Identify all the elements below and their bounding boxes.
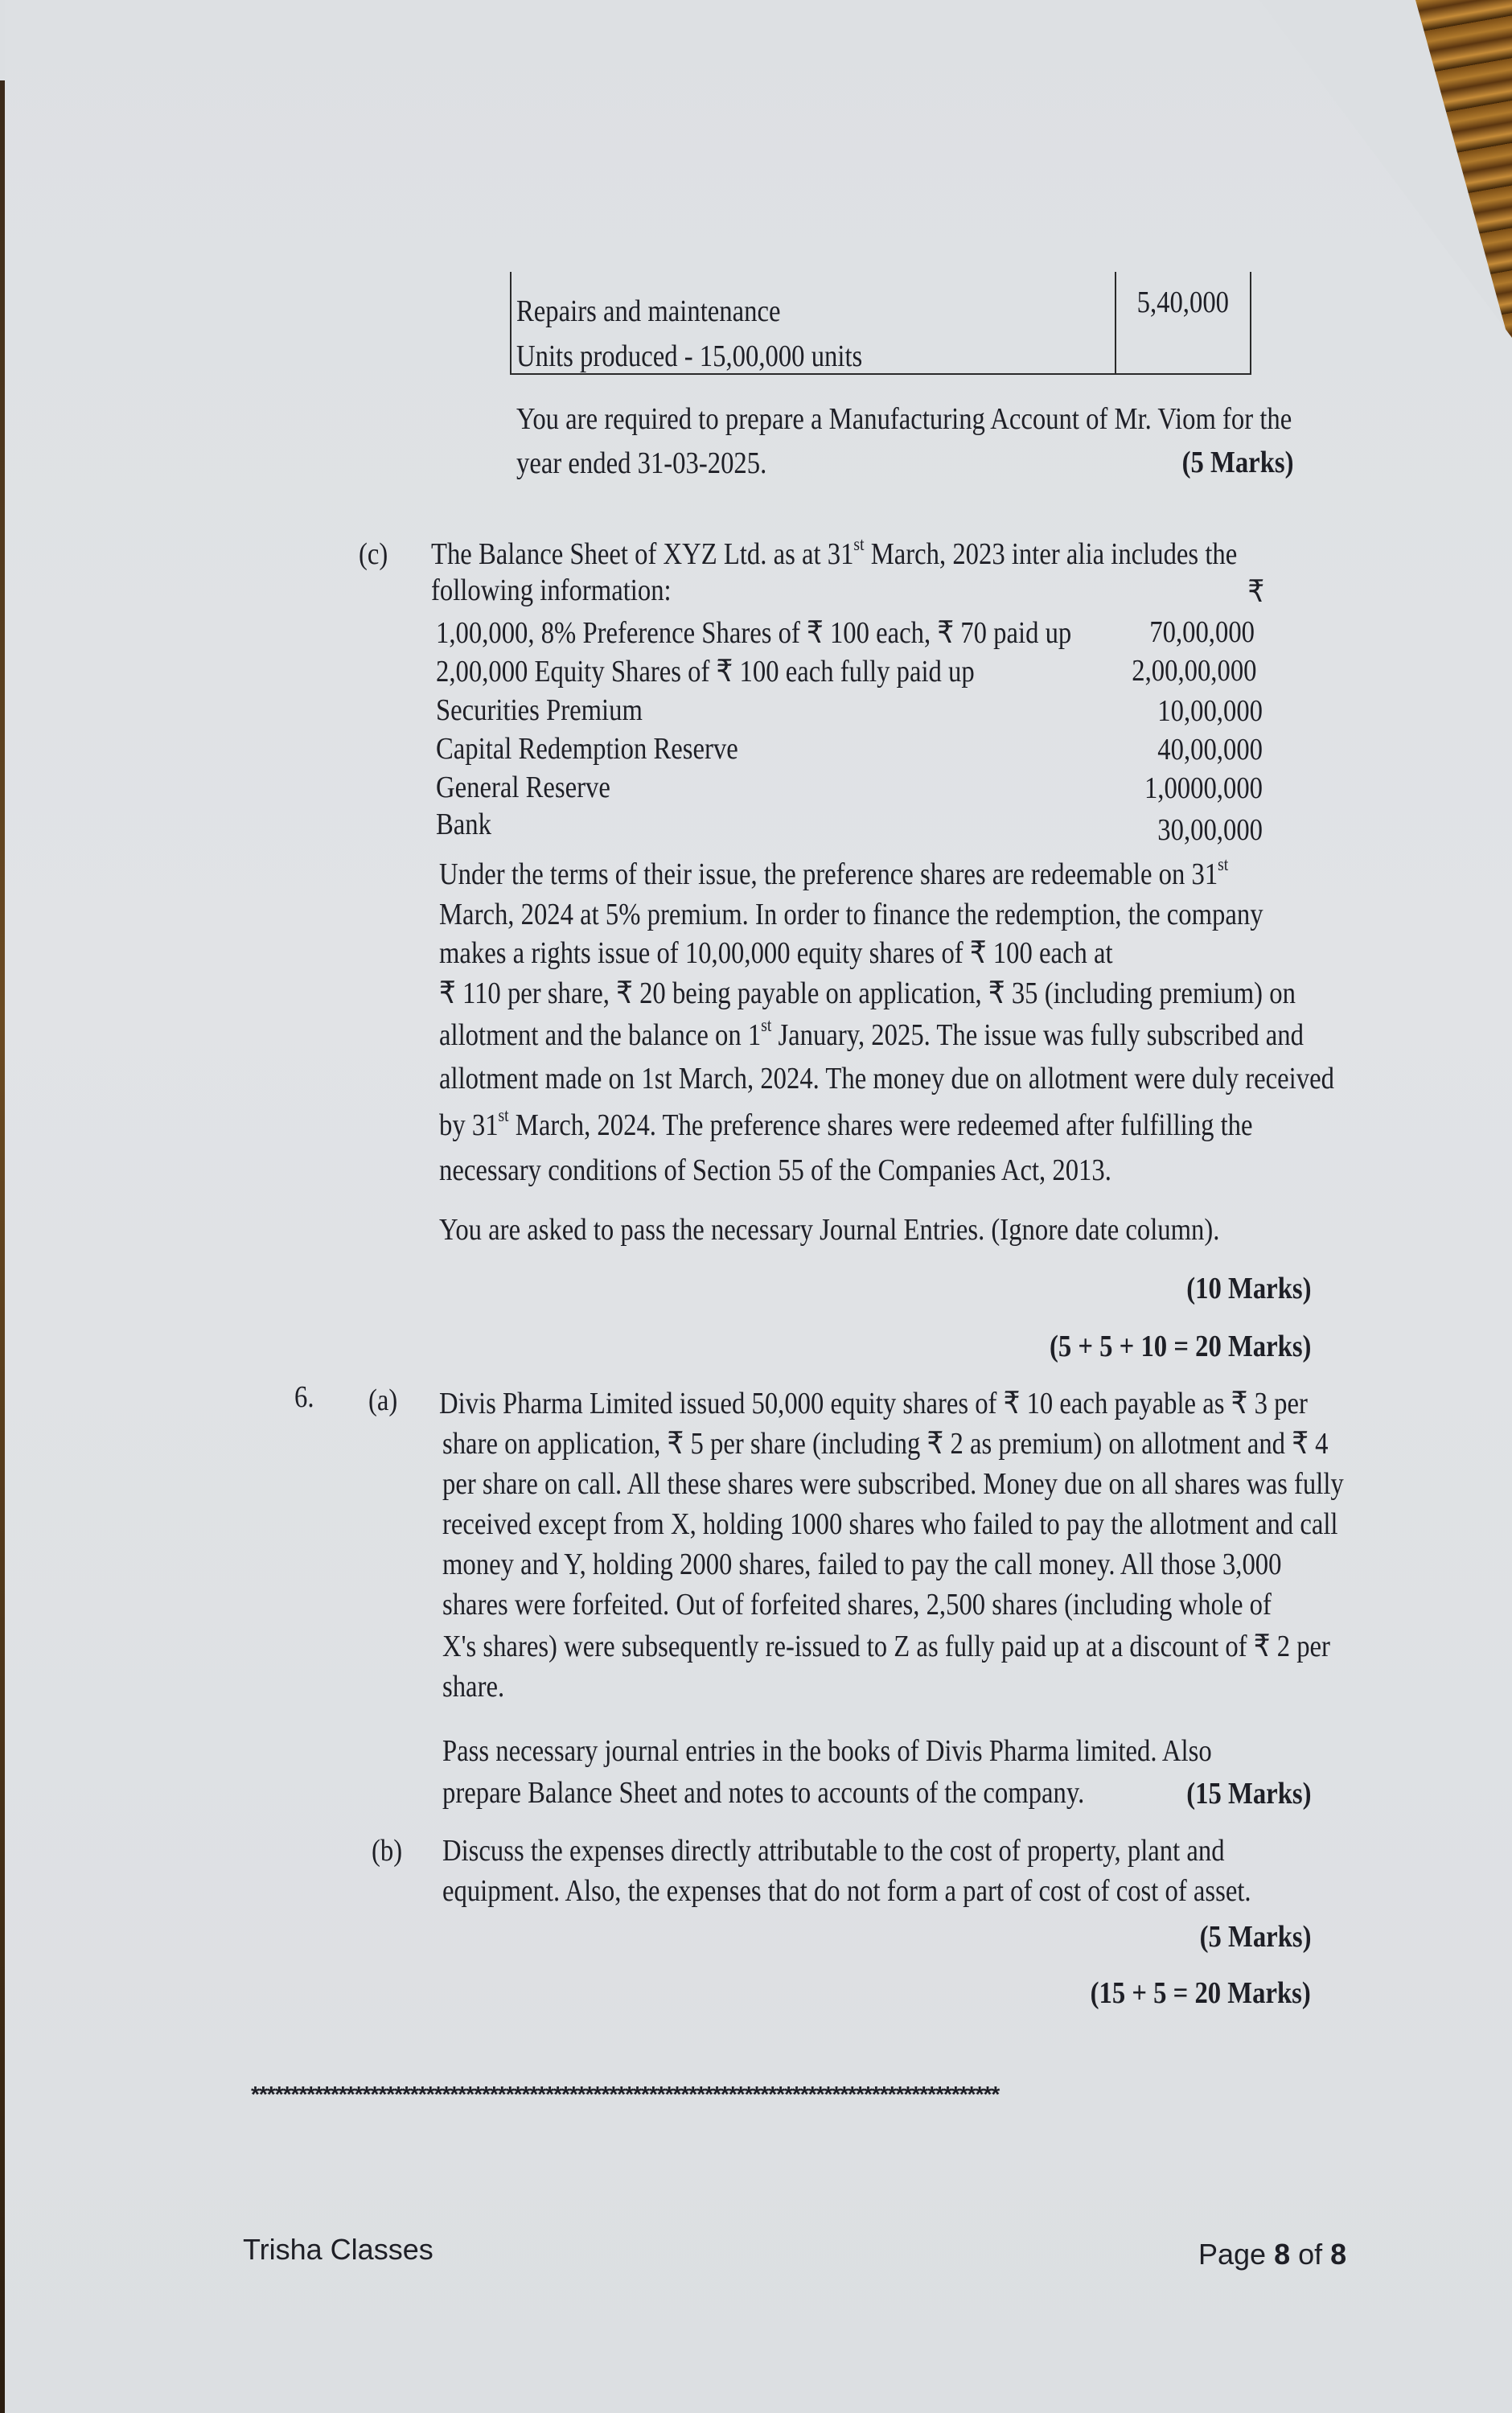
question5-total-marks: (5 + 5 + 10 = 20 Marks) — [1050, 1327, 1311, 1366]
rupee-column-header: ₹ — [1247, 573, 1264, 611]
part-c-instruction: You are asked to pass the necessary Jour… — [439, 1210, 1219, 1250]
footer-page-number: Page 8 of 8 — [1198, 2238, 1346, 2271]
exam-page: Repairs and maintenance 5,40,000 Units p… — [5, 0, 1512, 2413]
part-c-intro-line: The Balance Sheet of XYZ Ltd. as at 31st… — [431, 534, 1237, 574]
question6-part-a-instruction: prepare Balance Sheet and notes to accou… — [442, 1773, 1084, 1813]
part-c-marks: (10 Marks) — [1186, 1269, 1311, 1308]
part-c-paragraph-line: ₹ 110 per share, ₹ 20 being payable on a… — [439, 973, 1296, 1013]
superscript: st — [1218, 854, 1228, 874]
intro-text: The Balance Sheet of XYZ Ltd. as at 31 — [431, 537, 853, 571]
para-text: by 31 — [439, 1108, 499, 1142]
balance-item-amount: 2,00,00,000 — [1132, 652, 1256, 690]
page-total: 8 — [1330, 2238, 1346, 2271]
para-text: January, 2025. The issue was fully subsc… — [771, 1018, 1304, 1052]
superscript: st — [853, 534, 864, 554]
balance-item-label: Bank — [436, 804, 491, 845]
question6-part-a-marks: (15 Marks) — [1186, 1774, 1311, 1813]
para-text: Under the terms of their issue, the pref… — [439, 857, 1218, 891]
question6-number: 6. — [294, 1377, 314, 1417]
question6-part-a-line: shares were forfeited. Out of forfeited … — [442, 1585, 1272, 1625]
part-c-paragraph-line: Under the terms of their issue, the pref… — [439, 854, 1228, 894]
question6-part-a-line: X's shares) were subsequently re-issued … — [442, 1626, 1330, 1667]
question6-part-a-line: Divis Pharma Limited issued 50,000 equit… — [439, 1383, 1308, 1424]
table-row-label: Units produced - 15,00,000 units — [516, 336, 862, 376]
question6-part-a-line: share. — [442, 1667, 504, 1707]
question6-part-b-line: equipment. Also, the expenses that do no… — [442, 1871, 1251, 1911]
table-row-amount: 5,40,000 — [1137, 283, 1229, 322]
balance-item-amount: 30,00,000 — [1157, 811, 1263, 849]
table-column-divider — [1115, 272, 1116, 373]
balance-item-amount: 10,00,000 — [1157, 692, 1263, 730]
page-current: 8 — [1274, 2238, 1290, 2271]
part-b-marks: (5 Marks) — [1181, 443, 1293, 482]
para-text: March, 2024. The preference shares were … — [509, 1108, 1253, 1142]
question6-part-b-marks: (5 Marks) — [1199, 1918, 1311, 1956]
question6-part-a-line: money and Y, holding 2000 shares, failed… — [442, 1544, 1281, 1585]
question6-part-b-label: (b) — [372, 1831, 402, 1871]
part-b-text-line: year ended 31-03-2025. — [516, 443, 766, 483]
page-prefix: Page — [1198, 2238, 1274, 2271]
balance-item-amount: 40,00,000 — [1157, 730, 1263, 769]
part-c-paragraph-line: necessary conditions of Section 55 of th… — [439, 1150, 1111, 1190]
balance-item-amount: 1,0000,000 — [1144, 769, 1263, 808]
footer-brand: Trisha Classes — [243, 2233, 433, 2267]
part-c-paragraph-line: March, 2024 at 5% premium. In order to f… — [439, 894, 1263, 935]
balance-item-amount: 70,00,000 — [1149, 613, 1255, 652]
superscript: st — [761, 1015, 771, 1035]
question6-total-marks: (15 + 5 = 20 Marks) — [1091, 1974, 1311, 2012]
part-c-paragraph-line: makes a rights issue of 10,00,000 equity… — [439, 933, 1113, 973]
para-text: allotment and the balance on 1 — [439, 1018, 761, 1052]
balance-item-label: 1,00,000, 8% Preference Shares of ₹ 100 … — [436, 613, 1071, 653]
page-mid: of — [1290, 2238, 1330, 2271]
part-c-paragraph-line: by 31st March, 2024. The preference shar… — [439, 1105, 1253, 1145]
question6-part-a-instruction: Pass necessary journal entries in the bo… — [442, 1731, 1212, 1771]
balance-item-label: Capital Redemption Reserve — [436, 729, 738, 769]
question6-part-a-line: share on application, ₹ 5 per share (inc… — [442, 1424, 1328, 1464]
question6-part-a-line: per share on call. All these shares were… — [442, 1464, 1344, 1504]
end-separator: ****************************************… — [251, 2082, 1337, 2107]
part-c-intro-line: following information: — [431, 570, 672, 610]
balance-item-label: 2,00,000 Equity Shares of ₹ 100 each ful… — [436, 652, 975, 692]
balance-item-label: Securities Premium — [436, 690, 643, 730]
part-c-paragraph-line: allotment and the balance on 1st January… — [439, 1015, 1304, 1055]
question6-part-a-line: received except from X, holding 1000 sha… — [442, 1504, 1337, 1544]
table-row-label: Repairs and maintenance — [516, 291, 780, 331]
question6-part-b-line: Discuss the expenses directly attributab… — [442, 1831, 1225, 1871]
intro-text: March, 2023 inter alia includes the — [865, 537, 1238, 571]
part-c-paragraph-line: allotment made on 1st March, 2024. The m… — [439, 1059, 1334, 1099]
superscript: st — [499, 1105, 509, 1125]
balance-item-label: General Reserve — [436, 767, 610, 808]
part-b-text-line: You are required to prepare a Manufactur… — [516, 399, 1292, 439]
part-c-label: (c) — [359, 534, 388, 574]
question6-part-a-label: (a) — [368, 1380, 397, 1420]
